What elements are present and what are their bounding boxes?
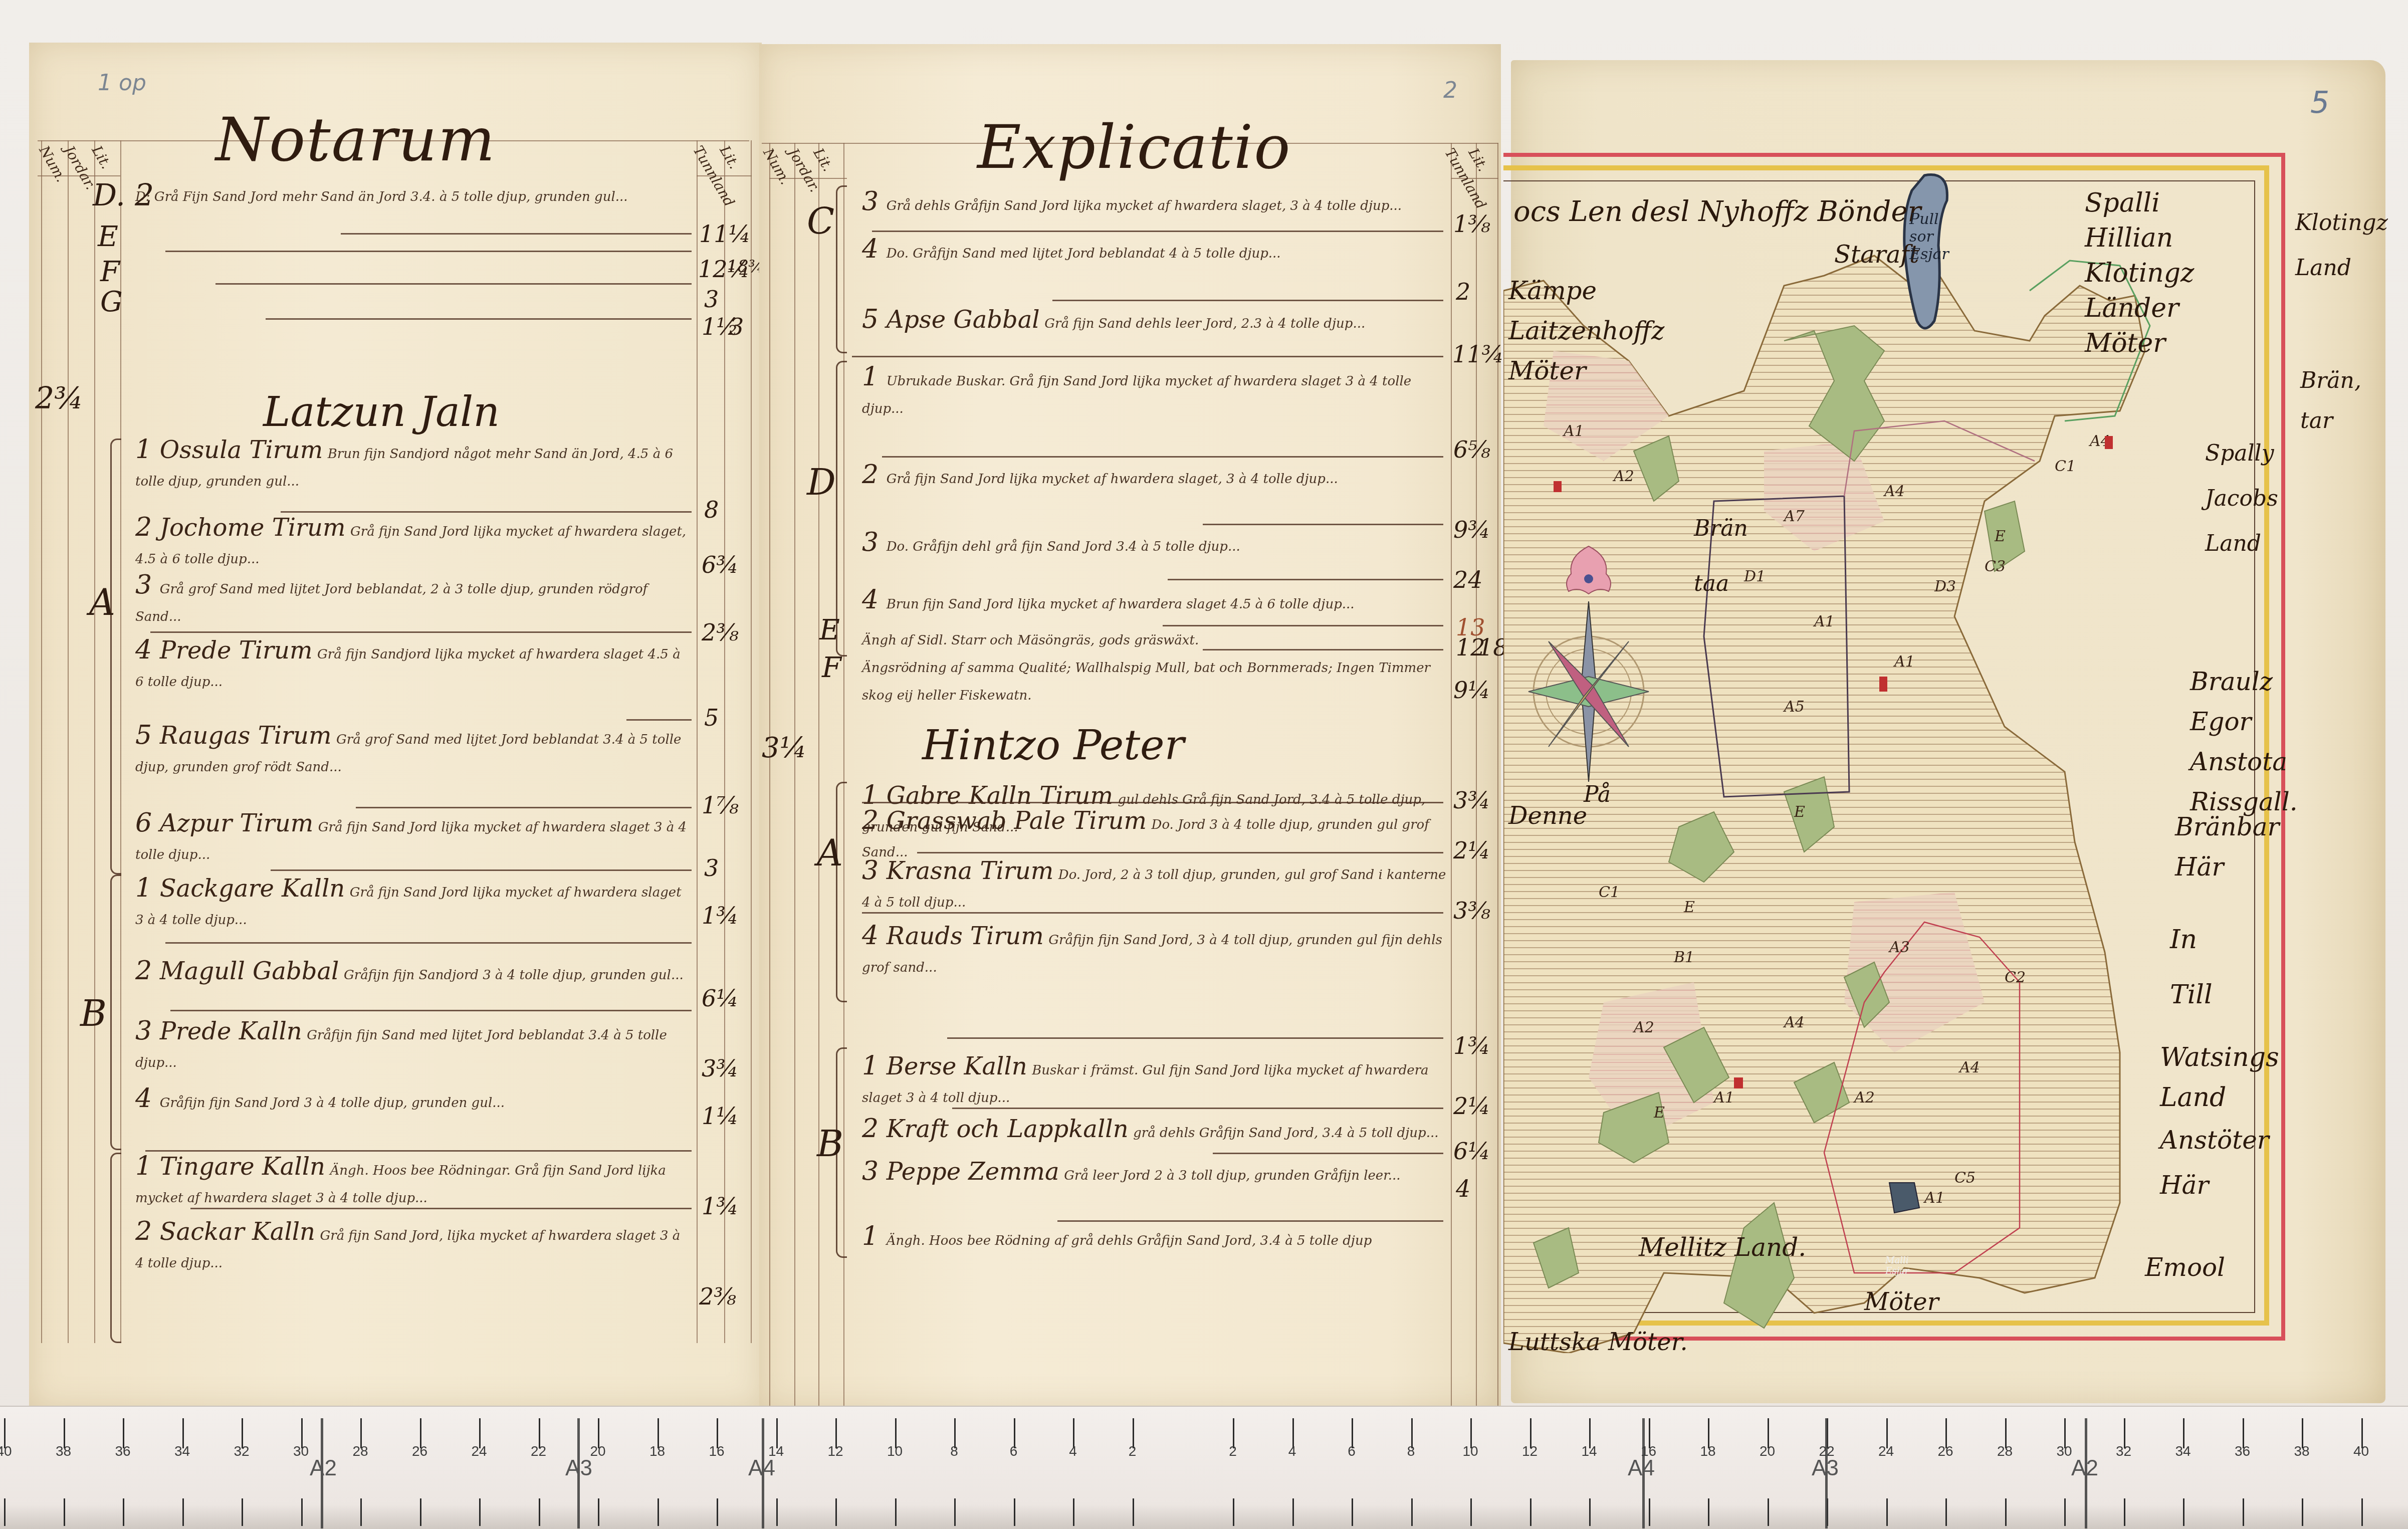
ruler-tick: [598, 1498, 599, 1526]
entry-divider: [271, 869, 692, 871]
ruler-tick: [1768, 1498, 1769, 1526]
ruler-tick: [1530, 1498, 1531, 1526]
ruler-tick: [1708, 1498, 1709, 1526]
entry-divider: [1052, 300, 1443, 301]
entry-divider: [1213, 1153, 1443, 1154]
entry-divider: [872, 231, 1443, 232]
section-title-latzun-jaln: Latzun Jaln: [263, 388, 500, 436]
column-line: [1476, 143, 1477, 1406]
svg-text:A2: A2: [1612, 468, 1634, 485]
value-tunnland: 24: [1453, 566, 1483, 593]
ruler-tick: [717, 1498, 718, 1526]
map-label-bran-taa: Brän taa: [1694, 501, 1744, 611]
ruler-tick-label: 32: [2116, 1443, 2131, 1459]
entry-divider: [1057, 1220, 1443, 1222]
ruler-tick-label: 34: [2175, 1443, 2191, 1459]
pencil-folio-note: 5: [2310, 85, 2329, 120]
margin-letter-e: E: [819, 614, 840, 646]
paper-size-label: A4: [1628, 1456, 1655, 1481]
ruler-tick-label: 24: [471, 1443, 487, 1459]
entry-divider: [356, 807, 692, 808]
ruler-tick-label: 16: [709, 1443, 724, 1459]
paper-size-label: A3: [1812, 1456, 1839, 1481]
svg-text:E: E: [1994, 528, 2006, 545]
entry-divider: [281, 511, 692, 513]
ruler-tick-label: 26: [412, 1443, 427, 1459]
svg-text:A7: A7: [1783, 508, 1805, 525]
ruler-tick-label: 20: [1760, 1443, 1775, 1459]
entry-row: 3 Prede Kalln Gråfijn fijn Sand med lijt…: [135, 1017, 692, 1076]
value-tunnland: 2⅜: [699, 1283, 736, 1310]
margin-letter-g: G: [100, 286, 123, 318]
entry-row: 4 Gråfijn fijn Sand Jord 3 à 4 tolle dju…: [135, 1085, 692, 1117]
map-label-anstoter: Anstöter Här: [2160, 1118, 2245, 1208]
ruler-tick: [479, 1498, 481, 1526]
value-lit: 3: [729, 313, 744, 340]
value-tunnland: 6¼: [1453, 1138, 1490, 1165]
entry-row: Ängsrödning af samma Qualité; Wallhalspi…: [862, 654, 1448, 709]
page-title-notarum: Notarum: [215, 105, 496, 175]
ruler-tick: [242, 1498, 243, 1526]
entry-divider: [145, 1150, 692, 1152]
value-tunnland: 1¾: [702, 902, 739, 929]
margin-letter-c: C: [807, 200, 834, 243]
svg-text:C5: C5: [1954, 1169, 1976, 1187]
ruler-tick: [420, 1498, 421, 1526]
entry-row: 1 Tingare Kalln Ängh. Hoos bee Rödningar…: [135, 1153, 692, 1212]
ruler-tick: [64, 1498, 65, 1526]
map-label-moter: Möter: [1864, 1288, 1939, 1316]
entry-divider: [852, 356, 1443, 357]
ruler-tick-label: 40: [2353, 1443, 2369, 1459]
entry-row: 3 Grå grof Sand med lijtet Jord beblanda…: [135, 571, 692, 630]
pencil-folio-note: 1 op: [98, 70, 146, 96]
entry-divider: [150, 631, 692, 633]
value-tunnland: 3¾: [702, 1055, 739, 1082]
side-total: 3¼: [762, 732, 807, 764]
svg-text:A3: A3: [1888, 939, 1910, 956]
value-tunnland: 3¾: [1453, 787, 1490, 814]
value-tunnland: 6¼: [702, 985, 739, 1012]
value-tunnland: 9¾: [1453, 516, 1490, 543]
entry-row: 1 Ossula Tirum Brun fijn Sandjord något …: [135, 436, 692, 495]
map-label-pa: På: [1584, 782, 1611, 807]
column-line: [1451, 143, 1452, 1406]
ruler-tick: [776, 1498, 778, 1526]
ruler-tick: [954, 1498, 956, 1526]
entry-divider: [862, 912, 1443, 914]
column-line: [697, 140, 698, 1343]
map-label-nyhoffz: ocs Len desl Nyhoffz Bönder: [1513, 195, 1921, 228]
ruler-tick: [1133, 1498, 1134, 1526]
entry-row: 5 Raugas Tirum Grå grof Sand med lijtet …: [135, 722, 692, 781]
map-label-kampe: Kämpe Laitzenhoffz Möter: [1508, 271, 1724, 391]
ruler-tick: [2005, 1498, 2007, 1526]
ruler-tick-label: 36: [115, 1443, 130, 1459]
column-line: [41, 140, 42, 1343]
value-tunnland: 6¾: [702, 551, 739, 578]
ruler-tick: [1352, 1498, 1353, 1526]
svg-text:D1: D1: [1743, 568, 1766, 585]
ruler-tick-label: 24: [1878, 1443, 1894, 1459]
column-line: [68, 140, 69, 1343]
ruler-tick-label: 20: [590, 1443, 605, 1459]
map-label-in-till: In Till: [2170, 912, 2210, 1022]
value-tunnland: 3⅜: [1453, 897, 1490, 924]
ruler-tick: [2361, 1498, 2363, 1526]
ruler-tick: [1233, 1498, 1234, 1526]
entry-divider: [165, 942, 692, 944]
ruler-tick: [1411, 1498, 1413, 1526]
entry-row: 5 Apse Gabbal Grå fijn Sand dehls leer J…: [862, 306, 1448, 337]
map-label-klotingz: Klotingz Land: [2295, 200, 2355, 291]
svg-text:A4: A4: [1783, 1014, 1805, 1031]
ruler-tick-label: 12: [1522, 1443, 1538, 1459]
entry-divider: [266, 318, 692, 320]
ruler-tick-label: 10: [1462, 1443, 1478, 1459]
ruler-tick-label: 18: [1700, 1443, 1715, 1459]
ruler-tick-label: 36: [2235, 1443, 2250, 1459]
svg-text:E: E: [1683, 899, 1695, 916]
ruler-tick: [1649, 1498, 1650, 1526]
entry-row: 2 Jochome Tirum Grå fijn Sand Jord lijka…: [135, 514, 692, 573]
svg-text:A4: A4: [1958, 1059, 1980, 1076]
entry-divider: [917, 852, 1443, 853]
entry-row: 1 Ubrukade Buskar. Grå fijn Sand Jord li…: [862, 363, 1448, 422]
ruler-tick: [1589, 1498, 1591, 1526]
map-label-spalli: Spalli Hillian Klotingz Länder Möter: [2085, 185, 2235, 361]
svg-text:C3: C3: [1985, 558, 2006, 575]
map-label-watsings: Watsings Land: [2160, 1037, 2260, 1118]
ruler-tick: [4, 1498, 6, 1526]
svg-text:A1: A1: [1562, 422, 1584, 440]
svg-text:A1: A1: [1923, 1189, 1945, 1207]
entry-divider: [882, 456, 1443, 458]
margin-letter-a: A: [817, 832, 843, 874]
ruler-tick: [182, 1498, 184, 1526]
ruler-tick-label: 30: [2056, 1443, 2072, 1459]
ruler-tick-label: 10: [887, 1443, 903, 1459]
page-title-explicatio: Explicatio: [977, 113, 1291, 182]
ruler-tick-label: 32: [234, 1443, 249, 1459]
value-tunnland: 2: [1456, 278, 1470, 305]
entry-divider: [947, 1037, 1443, 1039]
ruler-tick-label: 8: [950, 1443, 958, 1459]
ruler-tick-label: 12: [827, 1443, 843, 1459]
svg-text:A2: A2: [1632, 1019, 1654, 1036]
column-line: [818, 143, 819, 1406]
intro-entry-text: D: Grå Fijn Sand Jord mehr Sand än Jord …: [135, 183, 692, 210]
value-tunnland: 4: [1456, 1175, 1470, 1202]
svg-text:B1: B1: [1673, 949, 1694, 966]
section-brace: [110, 1153, 121, 1343]
section-brace: [836, 361, 847, 657]
value-tunnland: 6⅝: [1453, 436, 1490, 463]
ruler-tick: [1470, 1498, 1472, 1526]
margin-letter-e: E: [98, 221, 118, 253]
compass-rose-icon: [1518, 526, 1679, 797]
entry-row: 1 Sackgare Kalln Grå fijn Sand Jord lijk…: [135, 875, 692, 934]
entry-row: 2 Magull Gabbal Gråfijn fijn Sandjord 3 …: [135, 957, 692, 989]
entry-divider: [1203, 524, 1443, 525]
entry-row: 4 Rauds Tirum Gråfijn fijn Sand Jord, 3 …: [862, 922, 1448, 981]
entry-divider: [1168, 579, 1443, 580]
value-tunnland: 3: [704, 854, 719, 882]
entry-row: 4 Brun fijn Sand Jord lijka mycket af hw…: [862, 586, 1448, 618]
ruler-tick: [2183, 1498, 2184, 1526]
entry-divider: [165, 251, 692, 252]
margin-letter-f: F: [100, 256, 120, 288]
side-total: 2¾: [35, 381, 83, 416]
column-line: [794, 143, 795, 1406]
section-brace: [836, 185, 847, 353]
section-brace: [110, 439, 121, 875]
paper-size-label: A4: [748, 1456, 775, 1481]
svg-text:C1: C1: [1599, 884, 1620, 901]
map-label-luttska: Luttska Möter.: [1508, 1328, 1688, 1356]
entry-divider: [170, 1010, 692, 1011]
ruler-tick-label: 6: [1010, 1443, 1018, 1459]
map-label-emool: Emool: [2145, 1253, 2225, 1282]
svg-text:A1: A1: [1813, 613, 1835, 630]
svg-text:C1: C1: [2055, 458, 2076, 475]
entry-row: 4 Prede Tirum Grå fijn Sandjord lijka my…: [135, 636, 692, 696]
entry-row: 3 Krasna Tirum Do. Jord, 2 à 3 toll djup…: [862, 857, 1448, 916]
svg-text:E: E: [1653, 1104, 1665, 1122]
map-label-denne: Denne: [1508, 802, 1587, 830]
entry-row: 3 Peppe Zemma Grå leer Jord 2 à 3 toll d…: [862, 1158, 1448, 1189]
entry-divider: [341, 233, 692, 235]
entry-divider: [190, 1208, 692, 1209]
map-label-brauls: Braulz Egor Anstota Rissgall.: [2190, 662, 2290, 822]
value-tunnland: 1¾: [1453, 1032, 1490, 1059]
margin-letter-b: B: [80, 992, 107, 1034]
svg-text:A4: A4: [1883, 483, 1905, 500]
ruler-tick-label: 40: [0, 1443, 12, 1459]
ruler-tick: [2124, 1498, 2125, 1526]
ruler-tick-label: 38: [56, 1443, 71, 1459]
value-tunnland: 1¼: [702, 1103, 739, 1130]
ruler-tick: [539, 1498, 540, 1526]
map-label-mellitz: Mellitz Land.: [1639, 1233, 1806, 1262]
pencil-folio-note: 2: [1443, 78, 1457, 103]
column-line: [94, 140, 95, 1343]
ruler-tick: [1945, 1498, 1947, 1526]
margin-letter-b: B: [817, 1123, 843, 1165]
entry-text: D: Grå Fijn Sand Jord mehr Sand än Jord …: [135, 189, 628, 204]
entry-divider: [1203, 649, 1443, 650]
svg-text:E: E: [1794, 803, 1805, 821]
column-line: [769, 143, 770, 1406]
svg-text:A1: A1: [1893, 653, 1915, 671]
margin-letter-f: F: [822, 651, 841, 684]
entry-row: 2 Grå fijn Sand Jord lijka mycket af hwa…: [862, 461, 1448, 493]
entry-row: 3 Do. Gråfijn dehl grå fijn Sand Jord 3.…: [862, 529, 1448, 560]
entry-divider: [952, 1108, 1443, 1109]
entry-row: 2 Kraft och Lappkalln grå dehls Gråfijn …: [862, 1115, 1448, 1147]
ruler-tick-label: 22: [531, 1443, 546, 1459]
ruler-tick-label: 28: [1997, 1443, 2013, 1459]
map-label-branbar: Bränbar Här: [2175, 807, 2245, 887]
ruler-tick: [1292, 1498, 1294, 1526]
ruler-tick: [123, 1498, 124, 1526]
section-brace: [110, 875, 121, 1150]
svg-text:C2: C2: [2005, 969, 2026, 986]
value-tunnland: 1⅞: [702, 792, 739, 819]
ruler-tick-label: 6: [1348, 1443, 1356, 1459]
paper-size-label: A2: [2071, 1456, 2098, 1481]
entry-row: 2 Sackar Kalln Grå fijn Sand Jord, lijka…: [135, 1218, 692, 1277]
ruler-tick: [1014, 1498, 1015, 1526]
ruler-tick: [1886, 1498, 1888, 1526]
ruler-tick-label: 2: [1229, 1443, 1237, 1459]
section-title-hintzo-peter: Hintzo Peter: [922, 722, 1184, 769]
ruler-tick: [2064, 1498, 2066, 1526]
entry-divider: [215, 283, 692, 285]
svg-text:D3: D3: [1934, 578, 1956, 595]
ruler-tick: [2302, 1498, 2303, 1526]
value-tunnland: 2¼: [1453, 1093, 1490, 1120]
svg-text:A2: A2: [1853, 1089, 1875, 1107]
ruler-tick: [360, 1498, 362, 1526]
ruler-tick-label: 18: [649, 1443, 665, 1459]
value-tunnland: 1¾: [702, 1193, 739, 1220]
svg-text:A1: A1: [1712, 1089, 1734, 1107]
ruler-tick: [2243, 1498, 2244, 1526]
map-label-spally: Spally Jacobs Land: [2205, 431, 2260, 566]
value-tunnland: 9¼: [1453, 677, 1490, 704]
ruler-tick-label: 2: [1129, 1443, 1137, 1459]
entry-divider: [626, 719, 692, 721]
ruler-tick-label: 34: [174, 1443, 190, 1459]
entry-row: 4 Do. Gråfijn Sand med lijtet Jord bebla…: [862, 236, 1448, 267]
entry-row: 1 Berse Kalln Buskar i främst. Gul fijn …: [862, 1052, 1448, 1112]
column-line: [1497, 143, 1498, 1406]
entry-row: 3 Grå dehls Gråfijn Sand Jord lijka myck…: [862, 188, 1448, 220]
ruler-tick-label: 4: [1069, 1443, 1077, 1459]
ruler-tick-label: 4: [1288, 1443, 1296, 1459]
value-tunnland: 5: [704, 704, 719, 731]
ruler-tick-label: 38: [2294, 1443, 2309, 1459]
map-label-staraft: Staraft: [1834, 241, 1919, 269]
value-tunnland: 11¼: [699, 221, 751, 248]
ruler-tick-label: 26: [1937, 1443, 1953, 1459]
ruler-tick-label: 30: [293, 1443, 309, 1459]
margin-letter-a: A: [89, 581, 115, 623]
ruler-tick-label: 28: [352, 1443, 368, 1459]
entry-row: 1 Ängh. Hoos bee Rödning af grå dehls Gr…: [862, 1223, 1448, 1254]
paper-size-label: A2: [310, 1456, 337, 1481]
entry-divider: [862, 802, 1443, 803]
entry-row: 6 Azpur Tirum Grå fijn Sand Jord lijka m…: [135, 809, 692, 868]
map-label-bran-tar: Brän, tar: [2300, 361, 2350, 441]
ruler-tick: [1073, 1498, 1074, 1526]
value-tunnland: 3: [704, 286, 719, 313]
ruler-tick: [301, 1498, 303, 1526]
value-tunnland: 1⅜: [1453, 210, 1490, 238]
ruler-tick-label: 8: [1407, 1443, 1415, 1459]
paper-size-label: A3: [565, 1456, 592, 1481]
value-tunnland: 2¼: [1453, 837, 1490, 864]
value-tunnland: 11¾: [1452, 341, 1504, 368]
value-tunnland: 2⅜: [702, 619, 739, 646]
ruler-tick: [835, 1498, 837, 1526]
map-label-lake: Pull sor Esjar: [1909, 210, 1939, 263]
value-tunnland: 8: [704, 496, 719, 523]
ruler-tick-label: 14: [1581, 1443, 1597, 1459]
margin-letter-d: D: [807, 461, 836, 503]
svg-text:A5: A5: [1783, 698, 1805, 716]
map-label-lake-bottom: Malli Esjar: [1885, 1255, 1910, 1276]
ruler-tick: [895, 1498, 897, 1526]
section-brace: [836, 782, 847, 1002]
column-line: [751, 140, 752, 1343]
ruler-tick: [658, 1498, 659, 1526]
